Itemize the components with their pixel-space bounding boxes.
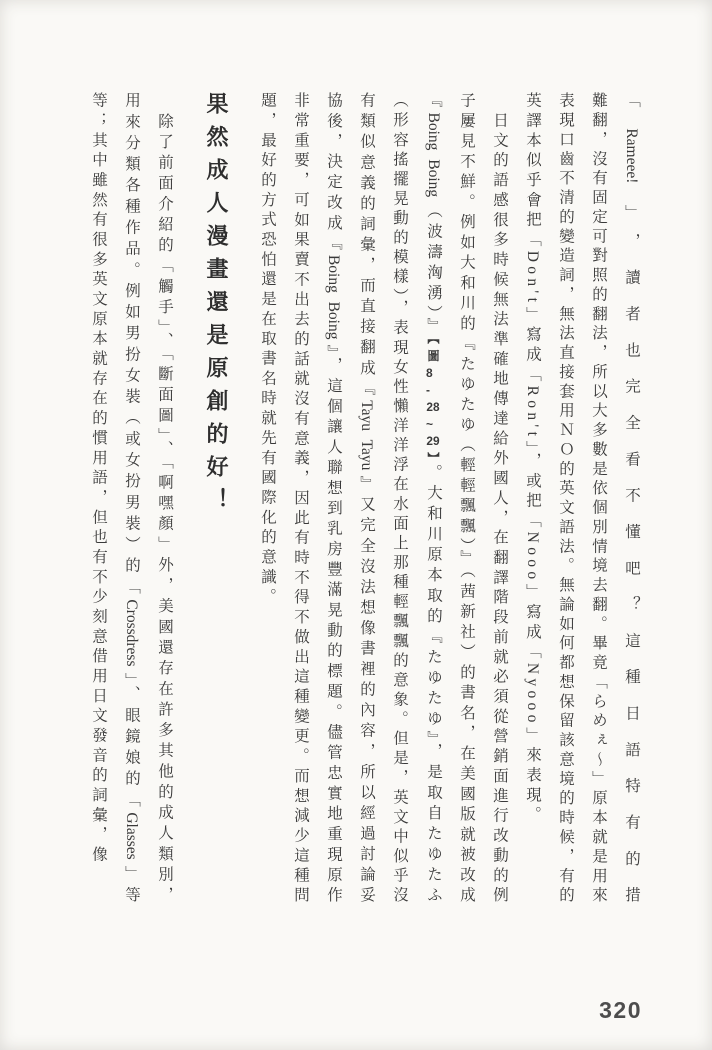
figure-ref-close-bracket: 】 xyxy=(426,452,440,464)
text-column: （形容搖擺晃動的模樣），表現女性懶洋洋浮在水面上那種輕飄飄的意象。但是，英文中似… xyxy=(383,92,416,902)
text-segment: 。大和川原本取的『たゆたゆ』，是取自たゆたふ xyxy=(425,464,442,902)
text-column: 有類似意義的詞彙，而直接翻成『Tayu Tayu』又完全沒法想像書裡的內容，所以… xyxy=(350,92,383,902)
text-segment: 『Boing Boing（波濤洶湧）』 xyxy=(425,92,442,338)
figure-number: 28 xyxy=(426,401,440,418)
page-number: 320 xyxy=(599,997,642,1024)
book-page: 「Rameee!」，讀者也完全看不懂吧？這種日語特有的措 難翻，沒有固定可對照的… xyxy=(0,0,712,1050)
text-column: 表現口齒不清的變造詞，無法直接套用ＮＯ的英文語法。無論如何都想保留該意境的時候，… xyxy=(549,92,582,902)
text-column: 協後，決定改成『Boing Boing』，這個讓人聯想到乳房豐滿晃動的標題。儘管… xyxy=(317,92,350,902)
text-column: 子屢見不鮮。例如大和川的『たゆたゆ（輕輕飄飄）』（茜新社）的書名，在美國版就被改… xyxy=(450,92,483,902)
text-column: 英譯本似乎會把「Don't」寫成「Ron't」，或把「Nooo」寫成「Nyooo… xyxy=(516,92,549,902)
text-column: 題，最好的方式恐怕還是在取書名時就先有國際化的意識。 xyxy=(251,92,284,902)
text-column-with-figure-ref: 『Boing Boing（波濤洶湧）』【圖8-28~29】。大和川原本取的『たゆ… xyxy=(416,92,450,902)
figure-number: 8 xyxy=(426,367,440,384)
figure-number-range-tilde: ~ xyxy=(426,418,440,435)
vertical-text-area: 「Rameee!」，讀者也完全看不懂吧？這種日語特有的措 難翻，沒有固定可對照的… xyxy=(82,92,648,902)
text-column: 用來分類各種作品。例如男扮女裝（或女扮男裝）的「Crossdress」、眼鏡娘的… xyxy=(115,92,148,902)
figure-number-dash: - xyxy=(426,384,440,401)
text-column: 等；其中雖然有很多英文原本就存在的慣用語，但也有不少刻意借用日文發音的詞彙，像 xyxy=(82,92,115,902)
figure-reference: 【圖8-28~29】 xyxy=(426,338,440,464)
text-column: 除了前面介紹的「觸手」、「斷面圖」、「啊嘿顏」外，美國還存在許多其他的成人類別， xyxy=(148,92,181,902)
figure-number: 29 xyxy=(426,435,440,452)
text-column: 日文的語感很多時候無法準確地傳達給外國人，在翻譯階段前就必須從營銷面進行改動的例 xyxy=(483,92,516,902)
text-column: 難翻，沒有固定可對照的翻法，所以大多數是依個別情境去翻。畢竟「らめぇ～」原本就是… xyxy=(582,92,615,902)
figure-ref-open-bracket: 【圖 xyxy=(426,338,440,367)
text-column: 「Rameee!」，讀者也完全看不懂吧？這種日語特有的措 xyxy=(615,92,648,902)
section-heading: 果然成人漫畫還是原創的好！ xyxy=(195,92,237,902)
text-column: 非常重要，可如果賣不出去的話就沒有意義，因此有時不得不做出這種變更。而想減少這種… xyxy=(284,92,317,902)
